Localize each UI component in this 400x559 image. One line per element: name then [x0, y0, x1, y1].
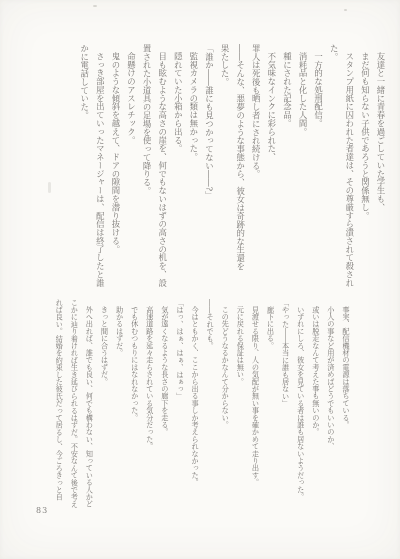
top-text-block: 友達と一緒に青春を過ごしていた学生も、まだ何も知らない子供であろうと関係無し。ス…: [76, 44, 388, 278]
text-line: 「誰か――誰にも見つかってない――?」: [201, 44, 217, 278]
text-line: 目も眩むような高さの崖を、何でもないはずの高さの机を、設: [154, 44, 170, 278]
page-number: 83: [36, 506, 48, 515]
text-line: きっと間に合うはずだ。: [97, 299, 112, 505]
text-line: ――それでも。: [203, 299, 218, 505]
text-line: 「はっ、はぁ、はぁ、はぁっ」: [173, 299, 188, 505]
text-line: この先どうなるかなんて分からない。: [218, 299, 233, 505]
text-line: 「やった――本当に誰も居ない」: [279, 299, 294, 505]
text-line: 高速道路を延々走らされている気分だった。: [143, 299, 158, 505]
text-line: 事実、配信機材の電源は落ちている。: [339, 299, 354, 505]
text-line: 果たした。: [216, 44, 232, 278]
text-line: 小人の事など用が済めばどうでもいいのか、: [324, 299, 339, 505]
text-line: 見渡せる限り、人の気配が無い事を確かめて走り出す。: [248, 299, 263, 505]
text-line: 罪人は死後も晒し者にされ続ける。: [248, 44, 264, 278]
text-line: 種にされた記念品。: [279, 44, 295, 278]
text-line: 気が遠くなるような長さの廊下を走る。: [158, 299, 173, 505]
text-line: 命懸けのアスレチック。: [123, 44, 139, 278]
text-line: 元に戻れる保証は無い。: [233, 299, 248, 505]
text-line: いずれにしろ、彼女を見ている者は誰も居ないようだった。: [294, 299, 309, 505]
text-line: 隠れていた小箱から出る。: [170, 44, 186, 278]
scanned-page: 友達と一緒に青春を過ごしていた学生も、まだ何も知らない子供であろうと関係無し。ス…: [0, 0, 400, 559]
text-line: 鬼のような傾斜を越えて、ドアの隙間を潜り抜ける。: [107, 44, 123, 278]
text-line: まだ何も知らない子供であろうと関係無し。: [357, 44, 373, 278]
scan-smudge: [48, 182, 51, 193]
scan-speck: [93, 5, 97, 7]
text-line: かに電話していた。: [76, 44, 92, 278]
text-line: た。: [326, 44, 342, 278]
text-line: ――そんな、悪夢のような事態から、彼女は奇跡的な生還を: [232, 44, 248, 278]
text-line: れば良い。結婚を約束した彼氏だって居るし、今ごろきっと自: [52, 299, 67, 505]
text-line: 不気味なインクに彩られた、: [263, 44, 279, 278]
text-line: 廊下に出る。: [263, 299, 278, 505]
text-line: 助かるはずだ。: [113, 299, 128, 505]
text-line: 外へ出れば、誰でも良い、何でも構わない、知っている人かど: [82, 299, 97, 505]
bottom-text-block: 事実、配信機材の電源は落ちている。小人の事など用が済めばどうでもいいのか、或いは…: [52, 299, 354, 505]
text-line: 監視カメラの類は無かった。: [185, 44, 201, 278]
text-line: 今はともかく、ここから出る事しか考えられなかった。: [188, 299, 203, 505]
text-line: 一方的な処刑配信。: [310, 44, 326, 278]
text-line: スタンプ用紙に囚われた者達は、その尊厳すら潰されて殺され: [341, 44, 357, 278]
text-line: さっき部屋を出ていったマネージャーは、配信は終了したと誰: [92, 44, 108, 278]
scan-speck: [344, 9, 347, 11]
text-line: 友達と一緒に青春を過ごしていた学生も、: [372, 44, 388, 278]
text-line: でも休むつもりにはなれなかった。: [128, 299, 143, 505]
text-line: 消耗品と化した人間。: [294, 44, 310, 278]
text-line: こかに辿り着ければ生き延びられるはずだ。不安なんて後で考え: [67, 299, 82, 505]
text-line: 或いは脱走なんて考えた事も無いのか。: [309, 299, 324, 505]
text-line: 置された小道具の足場を使って降りる。: [139, 44, 155, 278]
